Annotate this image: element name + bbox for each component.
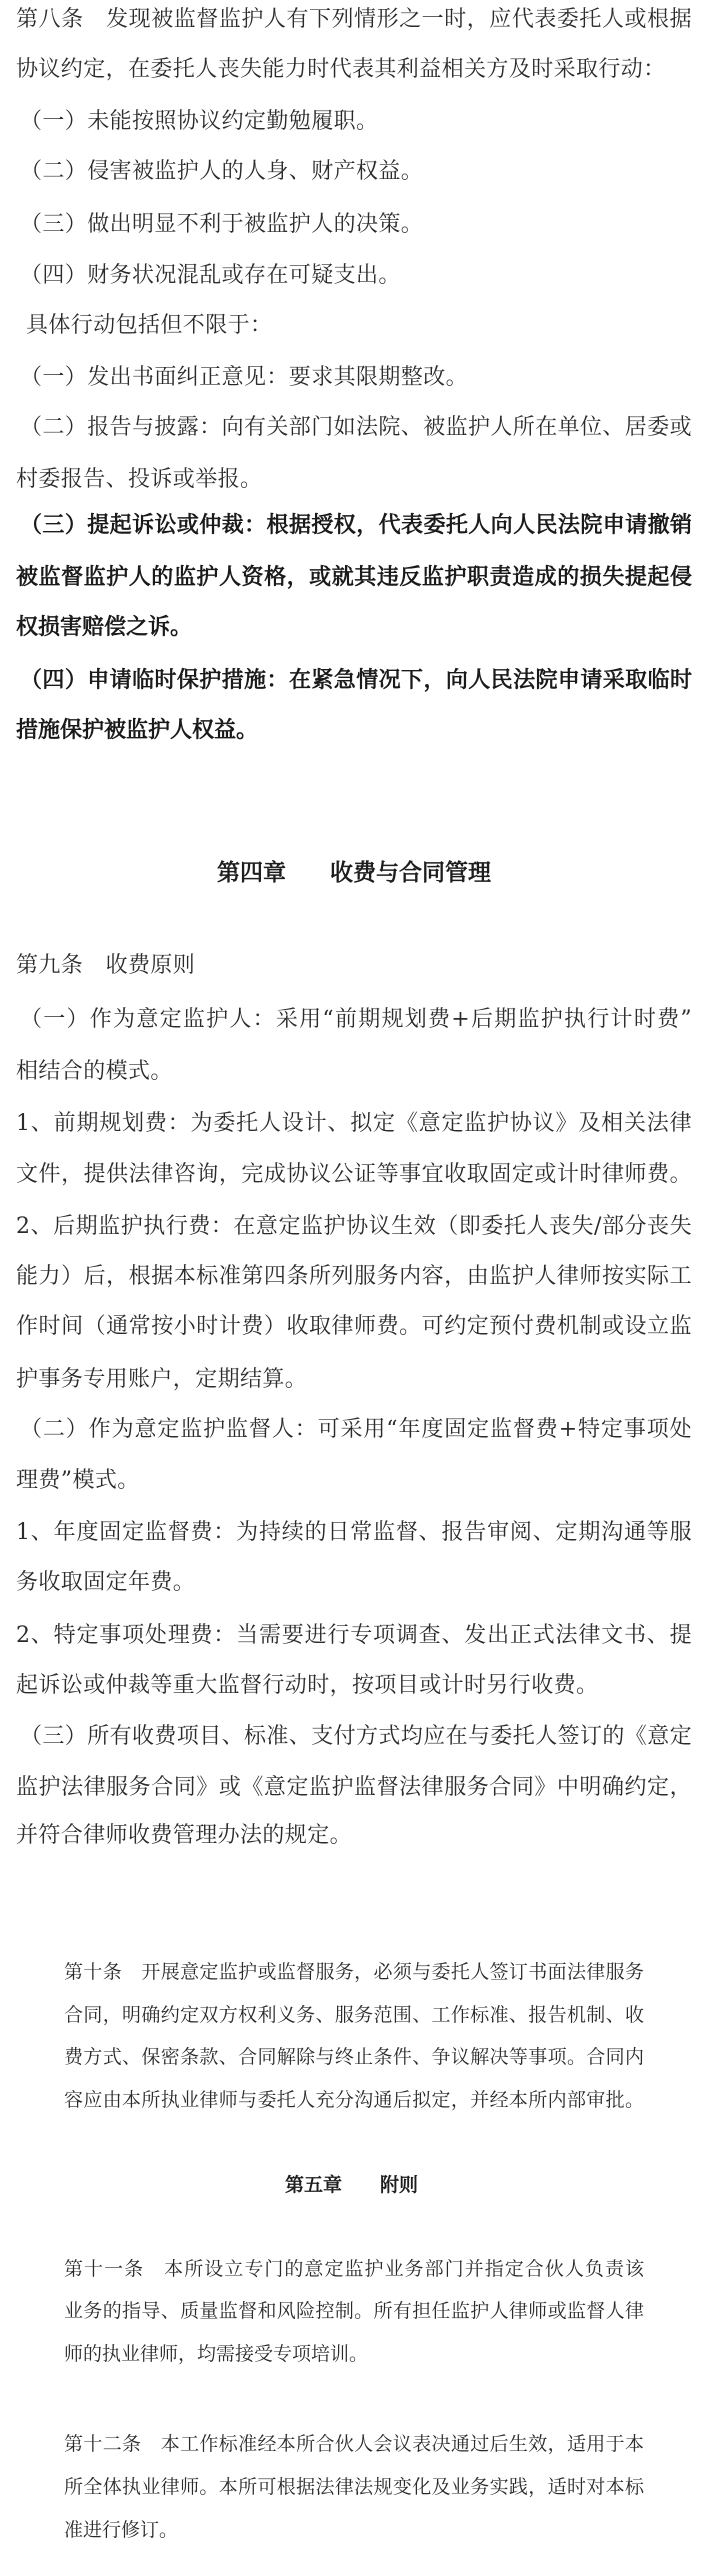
article-9-line: 1、年度固定监督费：为持续的日常监督、报告审阅、定期沟通等服	[16, 1519, 692, 1547]
action-item: （一）发出书面纠正意见：要求其限期整改。	[20, 364, 696, 392]
action-item-bold: 被监督监护人的监护人资格，或就其违反监护职责造成的损失提起侵	[16, 564, 692, 592]
article-9-line: 1、前期规划费：为委托人设计、拟定《意定监护协议》及相关法律	[16, 1110, 692, 1138]
action-item-cont: 村委报告、投诉或举报。	[16, 466, 692, 494]
action-item-bold: （三）提起诉讼或仲裁：根据授权，代表委托人向人民法院申请撤销	[20, 512, 692, 540]
article-9-line: 作时间（通常按小时计费）收取律师费。可约定预付费机制或设立监	[16, 1313, 692, 1341]
article-9-line: （一）作为意定监护人：采用“前期规划费+后期监护执行计时费”	[20, 1006, 692, 1034]
action-item-bold: （四）申请临时保护措施：在紧急情况下，向人民法院申请采取临时	[20, 667, 692, 695]
article-12-line: 准进行修订。	[64, 2519, 644, 2543]
chapter-heading: 第四章收费与合同管理	[217, 858, 491, 888]
article-11-line: 师的执业律师，均需接受专项培训。	[64, 2343, 644, 2367]
article-9-line: 理费”模式。	[16, 1467, 692, 1495]
article-8-line: 协议约定，在委托人丧失能力时代表其利益相关方及时采取行动：	[16, 56, 692, 84]
article-12-line: 所全体执业律师。本所可根据法律法规变化及业务实践，适时对本标	[64, 2476, 644, 2500]
chapter-title: 附则	[380, 2174, 418, 2196]
action-item-bold: 权损害赔偿之诉。	[16, 614, 692, 642]
article-9-line: 能力）后，根据本标准第四条所列服务内容，由监护人律师按实际工	[16, 1263, 692, 1291]
article-10-line: 容应由本所执业律师与委托人充分沟通后拟定，并经本所内部审批。	[64, 2089, 644, 2113]
article-9-line: 并符合律师收费管理办法的规定。	[16, 1822, 692, 1850]
condition-item: （一）未能按照协议约定勤勉履职。	[20, 108, 696, 136]
chapter-number: 第五章	[285, 2174, 342, 2196]
condition-item: （二）侵害被监护人的人身、财产权益。	[20, 158, 696, 186]
article-9-line: 务收取固定年费。	[16, 1569, 692, 1597]
article-title: 第九条 收费原则	[16, 952, 692, 980]
article-11-line: 第十一条 本所设立专门的意定监护业务部门并指定合伙人负责该	[64, 2258, 644, 2282]
article-8-line: 第八条 发现被监督监护人有下列情形之一时，应代表委托人或根据	[16, 6, 692, 34]
action-item: （二）报告与披露：向有关部门如法院、被监护人所在单位、居委或	[20, 414, 692, 442]
article-9-line: 起诉讼或仲裁等重大监督行动时，按项目或计时另行收费。	[16, 1672, 692, 1700]
action-item-bold: 措施保护被监护人权益。	[16, 717, 692, 745]
article-10-line: 第十条 开展意定监护或监督服务，必须与委托人签订书面法律服务	[64, 1961, 644, 1985]
article-9-line: （二）作为意定监护监督人：可采用“年度固定监督费+特定事项处	[20, 1416, 692, 1444]
article-10-line: 费方式、保密条款、合同解除与终止条件、争议解决等事项。合同内	[64, 2046, 644, 2070]
article-9-line: 2、后期监护执行费：在意定监护协议生效（即委托人丧失/部分丧失	[16, 1213, 692, 1241]
condition-item: （四）财务状况混乱或存在可疑支出。	[20, 262, 696, 290]
article-9-line: 文件，提供法律咨询，完成协议公证等事宜收取固定或计时律师费。	[16, 1161, 692, 1189]
chapter-title: 收费与合同管理	[330, 860, 491, 886]
chapter-heading: 第五章附则	[285, 2172, 418, 2198]
article-11-line: 业务的指导、质量监督和风险控制。所有担任监护人律师或监督人律	[64, 2300, 644, 2324]
article-10-line: 合同，明确约定双方权利义务、服务范围、工作标准、报告机制、收	[64, 2004, 644, 2028]
article-9-line: 监护法律服务合同》或《意定监护监督法律服务合同》中明确约定，	[16, 1774, 692, 1802]
article-9-line: 相结合的模式。	[16, 1058, 692, 1086]
article-9-line: 2、特定事项处理费：当需要进行专项调查、发出正式法律文书、提	[16, 1622, 692, 1650]
actions-intro: 具体行动包括但不限于：	[26, 312, 702, 340]
article-9-line: （三）所有收费项目、标准、支付方式均应在与委托人签订的《意定	[20, 1723, 692, 1751]
article-12-line: 第十二条 本工作标准经本所合伙人会议表决通过后生效，适用于本	[64, 2433, 644, 2457]
condition-item: （三）做出明显不利于被监护人的决策。	[20, 211, 696, 239]
article-9-line: 护事务专用账户，定期结算。	[16, 1366, 692, 1394]
chapter-number: 第四章	[217, 860, 286, 886]
